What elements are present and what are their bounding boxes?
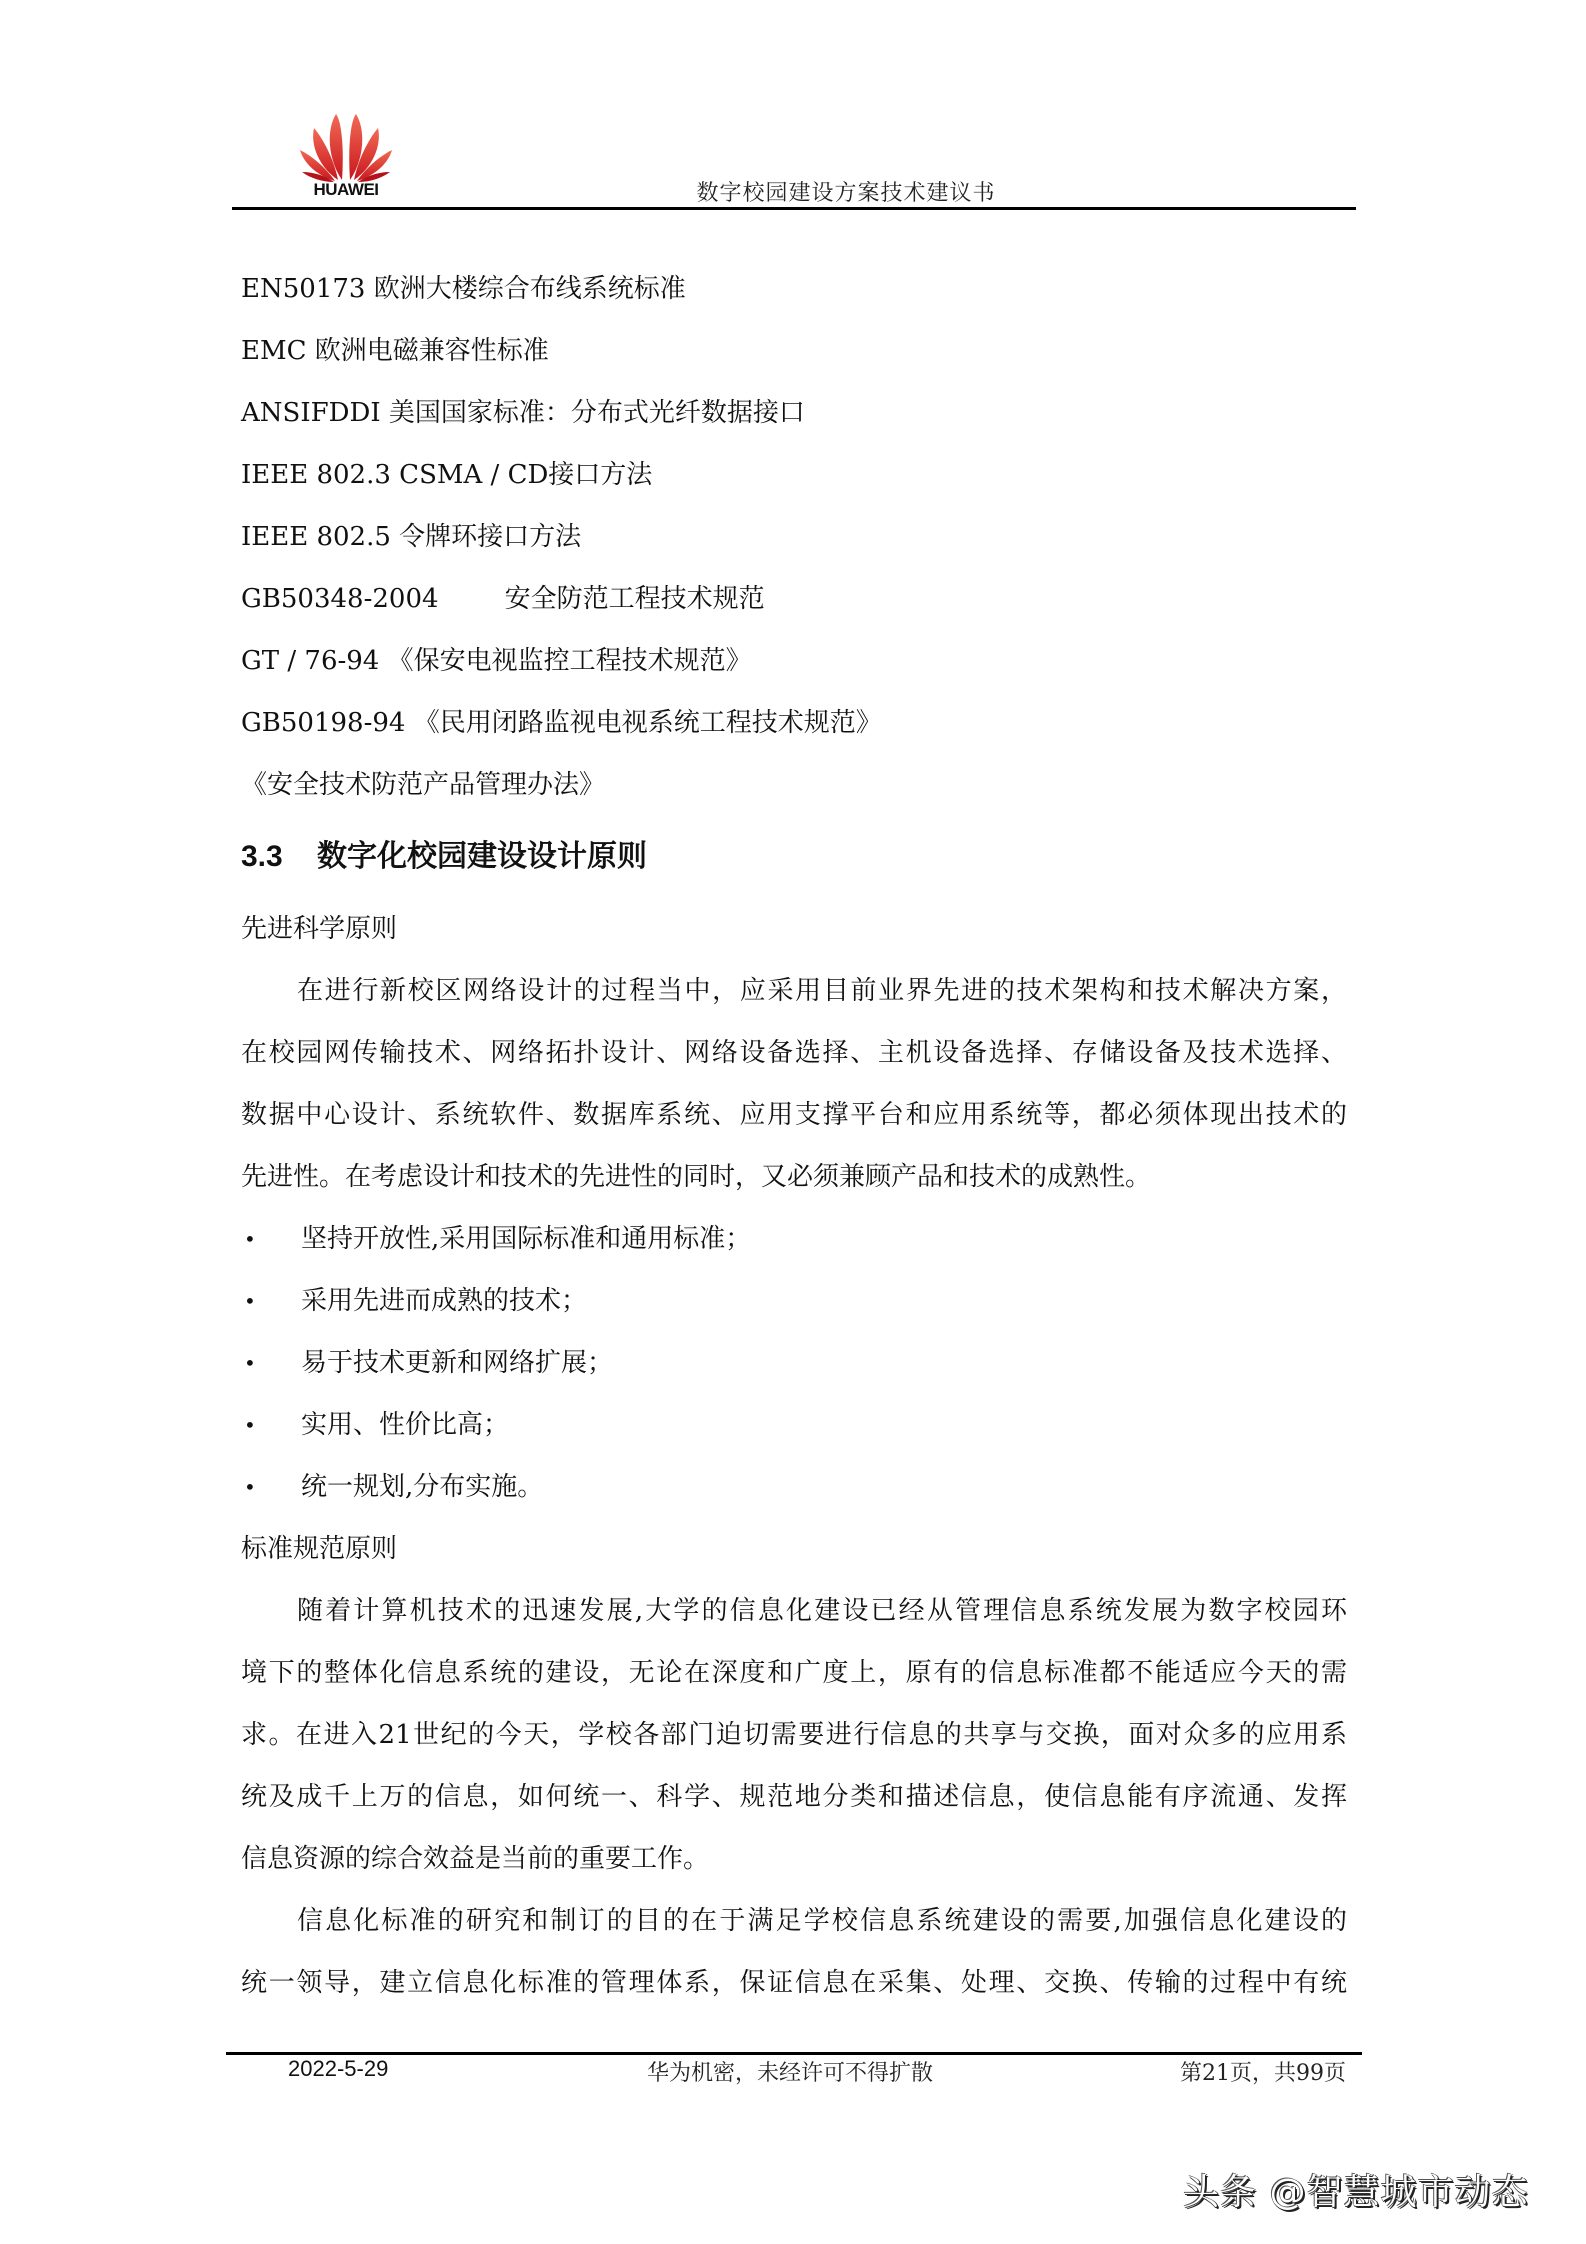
- section-number: 3.3: [241, 816, 317, 898]
- bullet-list: • 坚持开放性,采用国际标准和通用标准； • 采用先进而成熟的技术； • 易于技…: [241, 1208, 1347, 1518]
- bullet-icon: •: [241, 1332, 301, 1394]
- logo-wordmark: HUAWEI: [298, 180, 394, 200]
- paragraph-line: 境下的整体化信息系统的建设，无论在深度和广度上，原有的信息标准都不能适应今天的需: [241, 1642, 1347, 1704]
- bullet-icon: •: [241, 1208, 301, 1270]
- paragraph-line: 随着计算机技术的迅速发展,大学的信息化建设已经从管理信息系统发展为数字校园环: [241, 1580, 1347, 1642]
- standard-item: IEEE 802.5 令牌环接口方法: [241, 506, 1347, 568]
- bullet-item: • 统一规划,分布实施。: [241, 1456, 1347, 1518]
- paragraph-standards-1: 随着计算机技术的迅速发展,大学的信息化建设已经从管理信息系统发展为数字校园环 境…: [241, 1580, 1347, 1890]
- paragraph-line: 信息化标准的研究和制订的目的在于满足学校信息系统建设的需要,加强信息化建设的: [241, 1890, 1347, 1952]
- huawei-flower-icon: [298, 110, 394, 182]
- standard-item: GB50348-2004 安全防范工程技术规范: [241, 568, 1347, 630]
- footer-divider: [226, 2052, 1362, 2055]
- paragraph-line: 先进性。在考虑设计和技术的先进性的同时，又必须兼顾产品和技术的成熟性。: [241, 1146, 1347, 1208]
- standards-list: EN50173 欧洲大楼综合布线系统标准 EMC 欧洲电磁兼容性标准 ANSIF…: [241, 258, 1347, 816]
- paragraph-line: 求。在进入21世纪的今天，学校各部门迫切需要进行信息的共享与交换，面对众多的应用…: [241, 1704, 1347, 1766]
- principle-title-standards: 标准规范原则: [241, 1518, 1347, 1580]
- bullet-item: • 采用先进而成熟的技术；: [241, 1270, 1347, 1332]
- bullet-icon: •: [241, 1456, 301, 1518]
- standard-item: ANSIFDDI 美国国家标准：分布式光纤数据接口: [241, 382, 1347, 444]
- paragraph-line: 数据中心设计、系统软件、数据库系统、应用支撑平台和应用系统等，都必须体现出技术的: [241, 1084, 1347, 1146]
- paragraph-line: 统一领导，建立信息化标准的管理体系，保证信息在采集、处理、交换、传输的过程中有统: [241, 1952, 1347, 2014]
- footer-page-number: 第21页，共99页: [1130, 2056, 1346, 2087]
- paragraph-line: 统及成千上万的信息，如何统一、科学、规范地分类和描述信息，使信息能有序流通、发挥: [241, 1766, 1347, 1828]
- bullet-icon: •: [241, 1270, 301, 1332]
- footer-confidentiality: 华为机密，未经许可不得扩散: [600, 2056, 980, 2087]
- standard-item: 《安全技术防范产品管理办法》: [241, 754, 1347, 816]
- paragraph-line: 在进行新校区网络设计的过程当中，应采用目前业界先进的技术架构和技术解决方案，: [241, 960, 1347, 1022]
- standard-item: EMC 欧洲电磁兼容性标准: [241, 320, 1347, 382]
- standard-item: IEEE 802.3 CSMA / CD接口方法: [241, 444, 1347, 506]
- bullet-text: 采用先进而成熟的技术；: [301, 1270, 587, 1332]
- bullet-item: • 易于技术更新和网络扩展；: [241, 1332, 1347, 1394]
- paragraph-advanced: 在进行新校区网络设计的过程当中，应采用目前业界先进的技术架构和技术解决方案， 在…: [241, 960, 1347, 1208]
- bullet-text: 坚持开放性,采用国际标准和通用标准；: [301, 1208, 751, 1270]
- bullet-text: 易于技术更新和网络扩展；: [301, 1332, 613, 1394]
- standard-item: GB50198-94 《民用闭路监视电视系统工程技术规范》: [241, 692, 1347, 754]
- section-heading: 3.3数字化校园建设设计原则: [241, 816, 1347, 898]
- standard-item: EN50173 欧洲大楼综合布线系统标准: [241, 258, 1347, 320]
- section-title: 数字化校园建设设计原则: [317, 840, 647, 873]
- document-title: 数字校园建设方案技术建议书: [620, 176, 1072, 207]
- watermark: 头条 @智慧城市动态: [1183, 2164, 1528, 2215]
- bullet-text: 实用、性价比高；: [301, 1394, 509, 1456]
- header-divider: [232, 207, 1356, 210]
- bullet-icon: •: [241, 1394, 301, 1456]
- bullet-item: • 坚持开放性,采用国际标准和通用标准；: [241, 1208, 1347, 1270]
- page-body: EN50173 欧洲大楼综合布线系统标准 EMC 欧洲电磁兼容性标准 ANSIF…: [241, 258, 1347, 2014]
- paragraph-standards-2: 信息化标准的研究和制订的目的在于满足学校信息系统建设的需要,加强信息化建设的 统…: [241, 1890, 1347, 2014]
- principle-title-advanced: 先进科学原则: [241, 898, 1347, 960]
- paragraph-line: 信息资源的综合效益是当前的重要工作。: [241, 1828, 1347, 1890]
- bullet-text: 统一规划,分布实施。: [301, 1456, 543, 1518]
- paragraph-line: 在校园网传输技术、网络拓扑设计、网络设备选择、主机设备选择、存储设备及技术选择、: [241, 1022, 1347, 1084]
- standard-item: GT / 76-94 《保安电视监控工程技术规范》: [241, 630, 1347, 692]
- bullet-item: • 实用、性价比高；: [241, 1394, 1347, 1456]
- footer-date: 2022-5-29: [288, 2056, 388, 2082]
